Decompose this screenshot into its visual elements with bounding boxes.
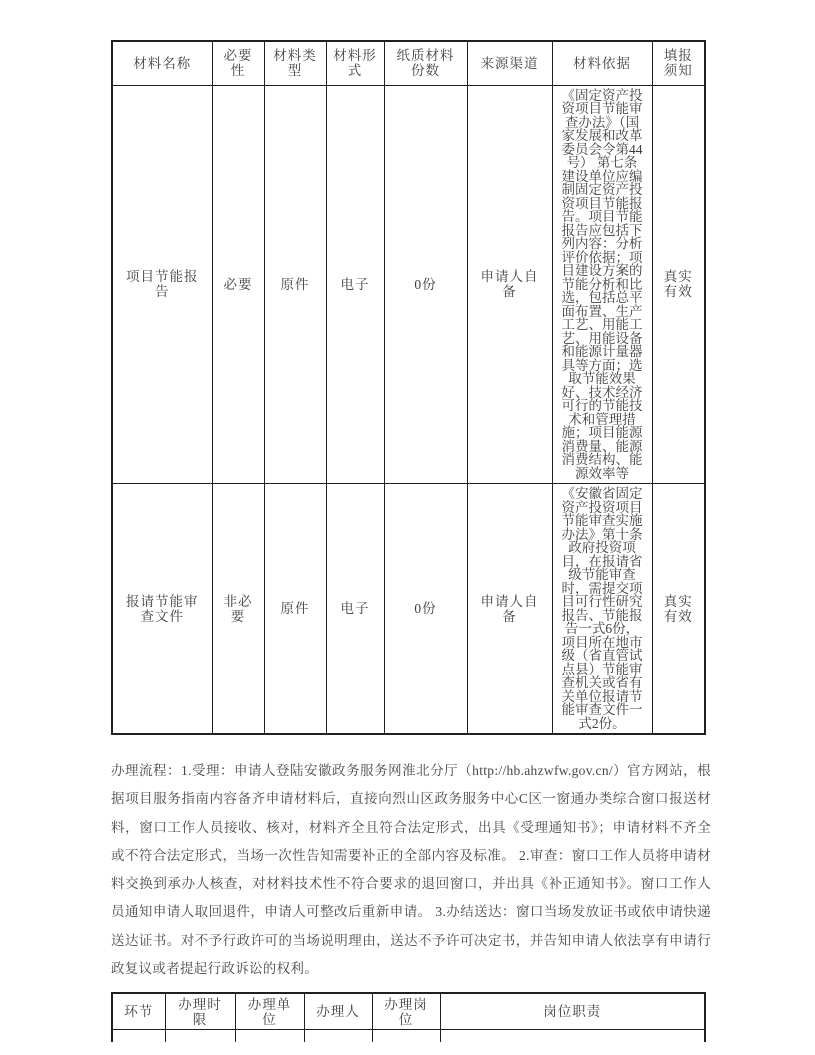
empty-cell xyxy=(372,1029,440,1042)
header-material-form: 材料形式 xyxy=(326,41,384,85)
materials-table: 材料名称 必要性 材料类型 材料形式 纸质材料份数 来源渠道 材料依据 填报须知… xyxy=(111,40,706,735)
header-handler: 办理人 xyxy=(304,993,372,1029)
empty-cell xyxy=(440,1029,705,1042)
cell-material-name: 报请节能审查文件 xyxy=(112,484,212,735)
header-handling-post: 办理岗位 xyxy=(372,993,440,1029)
cell-paper-copies: 0份 xyxy=(384,85,467,484)
steps-cutoff-row xyxy=(112,1029,705,1042)
cell-necessity: 必要 xyxy=(212,85,264,484)
header-source-channel: 来源渠道 xyxy=(467,41,552,85)
cell-filing-notes: 真实有效 xyxy=(652,484,705,735)
table-row: 报请节能审查文件 非必要 原件 电子 0份 申请人自备 《安徽省固定资产投资项目… xyxy=(112,484,705,735)
cell-filing-notes: 真实有效 xyxy=(652,85,705,484)
cell-source-channel: 申请人自备 xyxy=(467,484,552,735)
cell-material-form: 电子 xyxy=(326,85,384,484)
cell-material-form: 电子 xyxy=(326,484,384,735)
document-page: 材料名称 必要性 材料类型 材料形式 纸质材料份数 来源渠道 材料依据 填报须知… xyxy=(111,0,704,1042)
cell-material-name: 项目节能报告 xyxy=(112,85,212,484)
header-time-limit: 办理时限 xyxy=(165,993,235,1029)
header-handling-unit: 办理单位 xyxy=(235,993,304,1029)
header-material-name: 材料名称 xyxy=(112,41,212,85)
header-material-type: 材料类型 xyxy=(264,41,326,85)
cell-material-basis: 《安徽省固定资产投资项目节能审查实施办法》第十条 政府投资项目，在报请省级节能审… xyxy=(552,484,652,735)
header-filing-notes: 填报须知 xyxy=(652,41,705,85)
cell-necessity: 非必要 xyxy=(212,484,264,735)
empty-cell xyxy=(304,1029,372,1042)
cell-material-basis: 《固定资产投资项目节能审查办法》（国家发展和改革委员会令第44号） 第七条 建设… xyxy=(552,85,652,484)
materials-header-row: 材料名称 必要性 材料类型 材料形式 纸质材料份数 来源渠道 材料依据 填报须知 xyxy=(112,41,705,85)
header-material-basis: 材料依据 xyxy=(552,41,652,85)
header-paper-copies: 纸质材料份数 xyxy=(384,41,467,85)
empty-cell xyxy=(112,1029,165,1042)
cell-material-type: 原件 xyxy=(264,85,326,484)
cell-paper-copies: 0份 xyxy=(384,484,467,735)
steps-header-row: 环节 办理时限 办理单位 办理人 办理岗位 岗位职责 xyxy=(112,993,705,1029)
header-necessity: 必要性 xyxy=(212,41,264,85)
table-row: 项目节能报告 必要 原件 电子 0份 申请人自备 《固定资产投资项目节能审查办法… xyxy=(112,85,705,484)
cell-source-channel: 申请人自备 xyxy=(467,85,552,484)
header-post-duty: 岗位职责 xyxy=(440,993,705,1029)
process-flow-paragraph: 办理流程：1.受理：申请人登陆安徽政务服务网淮北分厅（http://hb.ahz… xyxy=(111,757,711,983)
header-step: 环节 xyxy=(112,993,165,1029)
steps-table: 环节 办理时限 办理单位 办理人 办理岗位 岗位职责 xyxy=(111,992,706,1042)
empty-cell xyxy=(235,1029,304,1042)
cell-material-type: 原件 xyxy=(264,484,326,735)
empty-cell xyxy=(165,1029,235,1042)
